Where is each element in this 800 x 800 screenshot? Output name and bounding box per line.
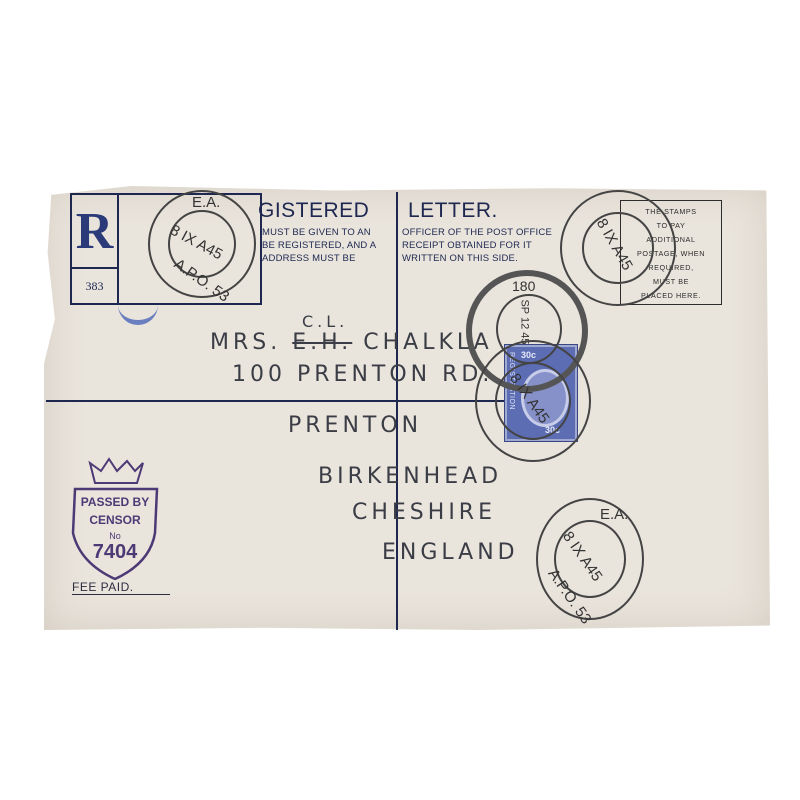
address-title: MRS.: [210, 330, 281, 355]
horizontal-blue-line: [46, 400, 506, 402]
postmark: 8 IX A45: [560, 190, 676, 306]
instructions-right: OFFICER OF THE POST OFFICE RECEIPT OBTAI…: [402, 226, 552, 265]
fee-paid-label: FEE PAID.: [72, 580, 170, 595]
title-letter: LETTER.: [408, 199, 498, 223]
instruction-line: OFFICER OF THE POST OFFICE: [402, 226, 552, 239]
postmark: E.A. 8 IX A45 A.P.O. 53: [536, 498, 644, 620]
instruction-line: RECEIPT OBTAINED FOR IT: [402, 239, 552, 252]
address-line-country: ENGLAND: [382, 540, 519, 565]
censor-number: 7404: [65, 541, 165, 564]
postmark-top: E.A.: [192, 194, 220, 211]
address-line-district: PRENTON: [288, 413, 422, 438]
postmark: E.A. 8 IX A45 A.P.O. 53: [148, 190, 256, 298]
censor-no-label: No: [65, 531, 165, 541]
postmark-date: SP 12 45: [519, 299, 531, 344]
censor-mark: PASSED BY CENSOR No 7404: [65, 455, 165, 580]
instruction-line: WRITTEN ON THIS SIDE.: [402, 252, 552, 265]
instruction-line: BE REGISTERED, AND A: [262, 239, 376, 252]
registration-r-mark: R: [72, 195, 119, 269]
address-line-town: BIRKENHEAD: [318, 464, 502, 489]
address-line-initials: C.L.: [302, 312, 348, 331]
instruction-line: MUST BE GIVEN TO AN: [262, 226, 376, 239]
postmark: 8 IX A45: [475, 340, 591, 462]
postmark-number: 180: [512, 278, 535, 294]
address-line-county: CHESHIRE: [352, 500, 496, 525]
censor-line-2: CENSOR: [65, 513, 165, 527]
censor-line-1: PASSED BY: [65, 495, 165, 509]
postmark-top: E.A.: [600, 506, 628, 523]
registration-number: 383: [72, 269, 119, 303]
address-line-name: MRS. E.H. CHALKLA: [210, 330, 493, 355]
instructions-left: MUST BE GIVEN TO AN BE REGISTERED, AND A…: [262, 226, 376, 265]
address-struck-initials: E.H.: [292, 330, 352, 355]
title-registered: GISTERED: [258, 199, 369, 223]
instruction-line: ADDRESS MUST BE: [262, 252, 376, 265]
